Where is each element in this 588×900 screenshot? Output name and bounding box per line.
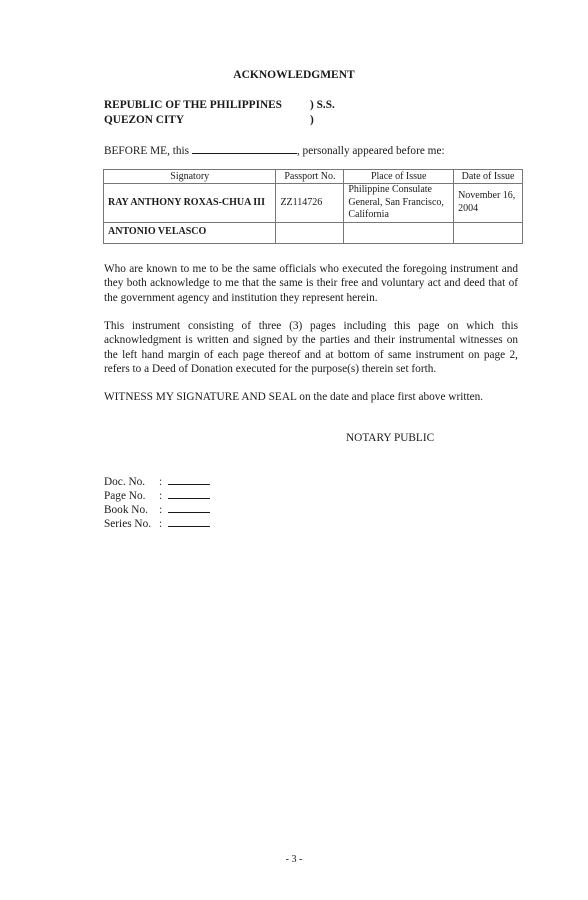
venue-bracket: ) [310, 114, 314, 126]
registry-label: Page No. [104, 489, 159, 503]
registry-doc-no: Doc. No.: [104, 475, 210, 489]
registry-colon: : [159, 489, 165, 503]
registry-blank [168, 489, 210, 499]
registry-label: Doc. No. [104, 475, 159, 489]
date-blank [192, 143, 297, 154]
cell-place [344, 222, 454, 243]
before-me-suffix: , personally appeared before me: [297, 145, 445, 157]
cell-date: November 16, 2004 [454, 184, 523, 223]
notary-public-label: NOTARY PUBLIC [346, 432, 434, 444]
registry-blank [168, 517, 210, 527]
before-me-prefix: BEFORE ME, this [104, 145, 189, 157]
registry-series-no: Series No.: [104, 517, 210, 531]
page-number: - 3 - [0, 854, 588, 865]
registry-colon: : [159, 475, 165, 489]
cell-passport [276, 222, 344, 243]
header-date: Date of Issue [454, 170, 523, 184]
registry-label: Series No. [104, 517, 159, 531]
venue-city: QUEZON CITY [104, 114, 184, 126]
registry-book-no: Book No.: [104, 503, 210, 517]
header-signatory: Signatory [104, 170, 276, 184]
signatory-table: Signatory Passport No. Place of Issue Da… [103, 169, 523, 244]
registry-blank [168, 475, 210, 485]
paragraph-instrument: This instrument consisting of three (3) … [104, 319, 518, 377]
cell-passport: ZZ114726 [276, 184, 344, 223]
registry-colon: : [159, 517, 165, 531]
before-me-line: BEFORE ME, this , personally appeared be… [104, 143, 445, 157]
cell-date [454, 222, 523, 243]
cell-signatory: RAY ANTHONY ROXAS-CHUA III [104, 184, 276, 223]
registry-colon: : [159, 503, 165, 517]
cell-signatory: ANTONIO VELASCO [104, 222, 276, 243]
table-row: ANTONIO VELASCO [104, 222, 523, 243]
header-place: Place of Issue [344, 170, 454, 184]
registry-blank [168, 503, 210, 513]
venue-ss-marker: ) S.S. [310, 99, 335, 111]
cell-place: Philippine Consulate General, San Franci… [344, 184, 454, 223]
table-header-row: Signatory Passport No. Place of Issue Da… [104, 170, 523, 184]
table-row: RAY ANTHONY ROXAS-CHUA III ZZ114726 Phil… [104, 184, 523, 223]
header-passport: Passport No. [276, 170, 344, 184]
document-title: ACKNOWLEDGMENT [0, 69, 588, 81]
registry-label: Book No. [104, 503, 159, 517]
venue-country: REPUBLIC OF THE PHILIPPINES [104, 99, 282, 111]
paragraph-witness: WITNESS MY SIGNATURE AND SEAL on the dat… [104, 390, 518, 404]
registry-page-no: Page No.: [104, 489, 210, 503]
paragraph-acknowledgment: Who are known to me to be the same offic… [104, 262, 518, 305]
